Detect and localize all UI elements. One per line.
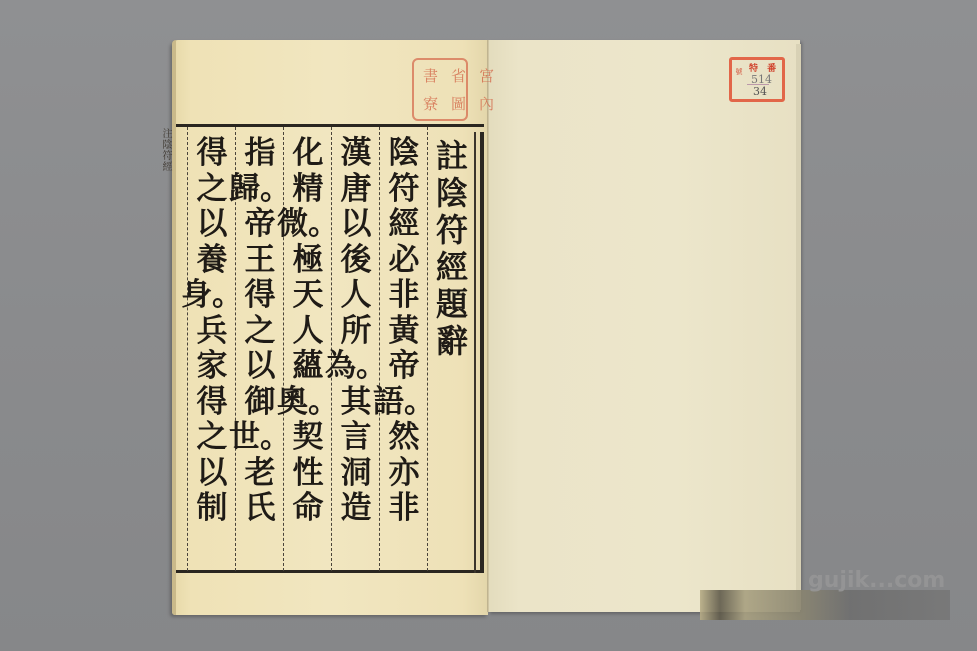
title-column: 註 陰 符 經 題 辭 — [431, 138, 473, 568]
char: 然 — [389, 420, 420, 456]
frame-border-outer — [480, 132, 484, 573]
char: 之 — [245, 314, 276, 350]
seal-char: 寮 — [416, 90, 444, 118]
char: 帝 — [245, 207, 276, 243]
char: 帝 — [389, 349, 420, 385]
char: 天 — [293, 278, 324, 314]
book-gutter — [487, 40, 489, 612]
frame-border-inner — [474, 132, 476, 573]
text-column-2: 陰 符 經 必 非 黃 帝 語。 然 亦 非 — [383, 136, 425, 566]
char: 以 — [341, 207, 372, 243]
right-page — [488, 40, 800, 612]
char: 家 — [197, 349, 228, 385]
char: 其 — [341, 385, 372, 421]
char: 唐 — [341, 172, 372, 208]
char: 陰 — [436, 175, 468, 212]
char: 微。 — [277, 207, 339, 243]
seal-char: 省 — [444, 62, 472, 90]
char: 造 — [341, 491, 372, 527]
right-page-stack-edge — [796, 44, 801, 610]
char: 得 — [197, 136, 228, 172]
char: 陰 — [389, 136, 420, 172]
char: 王 — [245, 243, 276, 279]
text-column-4: 化 精 微。 極 天 人 蘊 奧。 契 性 命 — [287, 136, 329, 566]
char: 洞 — [341, 456, 372, 492]
char: 符 — [436, 212, 468, 249]
char: 漢 — [341, 136, 372, 172]
char: 言 — [341, 420, 372, 456]
char: 氏 — [245, 491, 276, 527]
char: 人 — [293, 314, 324, 350]
text-column-5: 指 歸。 帝 王 得 之 以 御 世。 老 氏 — [239, 136, 281, 566]
char: 養 — [197, 243, 228, 279]
text-column-3: 漢 唐 以 後 人 所 為。 其 言 洞 造 — [335, 136, 377, 566]
char: 蘊 — [293, 349, 324, 385]
char: 後 — [341, 243, 372, 279]
char: 經 — [436, 249, 468, 286]
catalog-stamp: 號 特 番 514 34 — [729, 57, 785, 102]
char: 題 — [436, 286, 468, 323]
stamp-side-text: 號 — [734, 68, 744, 75]
char: 亦 — [389, 456, 420, 492]
char: 奧。 — [277, 385, 339, 421]
char: 身。 — [181, 278, 243, 314]
char: 符 — [389, 172, 420, 208]
char: 指 — [245, 136, 276, 172]
char: 以 — [197, 207, 228, 243]
spine-label: 注陰符經 — [161, 128, 173, 236]
text-column-6: 得 之 以 養 身。 兵 家 得 之 以 制 — [191, 136, 233, 566]
char: 得 — [197, 385, 228, 421]
char: 人 — [341, 278, 372, 314]
char: 命 — [293, 491, 324, 527]
char: 性 — [293, 456, 324, 492]
char: 契 — [293, 420, 324, 456]
char: 語。 — [373, 385, 435, 421]
char: 非 — [389, 491, 420, 527]
seal-char: 圖 — [444, 90, 472, 118]
char: 必 — [389, 243, 420, 279]
char: 辭 — [436, 323, 468, 360]
char: 以 — [245, 349, 276, 385]
char: 精 — [293, 172, 324, 208]
char: 所 — [341, 314, 372, 350]
char: 歸。 — [229, 172, 291, 208]
char: 黃 — [389, 314, 420, 350]
char: 制 — [197, 491, 228, 527]
watermark: gujik...com — [808, 568, 945, 593]
seal-char: 書 — [416, 62, 444, 90]
char: 世。 — [229, 420, 291, 456]
seal-char: 宮 — [472, 62, 500, 90]
char: 極 — [293, 243, 324, 279]
seal-char: 內 — [472, 90, 500, 118]
stamp-number-bottom: 34 — [753, 85, 767, 98]
blurred-region — [700, 590, 950, 620]
column-divider — [427, 127, 428, 571]
char: 為。 — [325, 349, 387, 385]
open-book: 注陰符經 書 省 宮 寮 圖 內 註 陰 符 經 題 辭 陰 符 經 必 非 黃… — [0, 0, 977, 651]
char: 兵 — [197, 314, 228, 350]
library-seal: 書 省 宮 寮 圖 內 — [412, 58, 468, 121]
char: 經 — [389, 207, 420, 243]
char: 以 — [197, 456, 228, 492]
column-divider — [187, 127, 188, 571]
char: 註 — [436, 138, 468, 175]
char: 老 — [245, 456, 276, 492]
char: 非 — [389, 278, 420, 314]
char: 化 — [293, 136, 324, 172]
char: 御 — [245, 385, 276, 421]
char: 之 — [197, 172, 228, 208]
char: 得 — [245, 278, 276, 314]
char: 之 — [197, 420, 228, 456]
